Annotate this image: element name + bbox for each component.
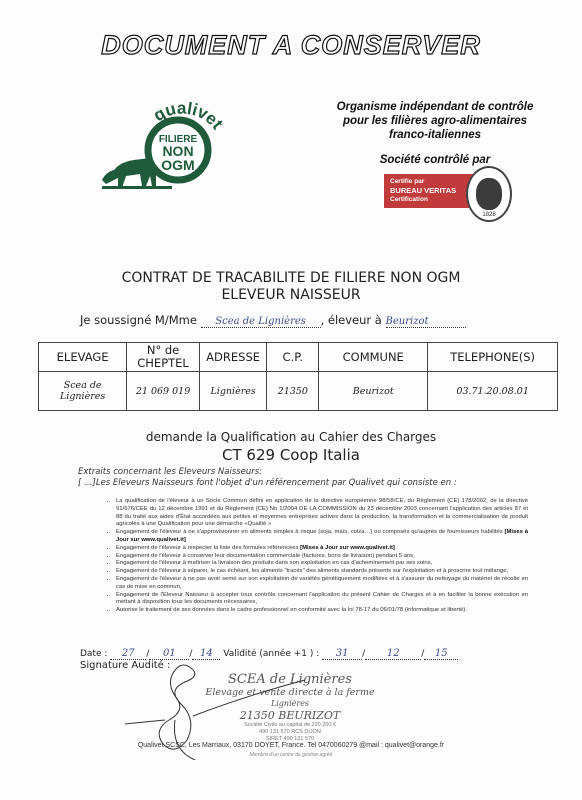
contract-title: CONTRAT DE TRACABILITE DE FILIERE NON OG… [0,270,582,286]
date-year-field[interactable]: 14 [192,648,220,660]
controle-label: Société contrôlé par [310,153,560,167]
cell-commune[interactable]: Beurizot [319,372,428,411]
bureau-veritas-seal-icon: 1828 [466,166,512,222]
table-header-row: ELEVAGE N° de CHEPTEL ADRESSE C.P. COMMU… [39,343,558,372]
validite-day-field[interactable]: 31 [322,648,362,660]
contract-subtitle: ELEVEUR NAISSEUR [0,287,582,303]
cell-elevage[interactable]: Scea de Lignières [39,372,127,411]
organisme-description: Organisme indépendant de contrôle pour l… [310,100,560,167]
cell-adresse[interactable]: Lignières [199,372,266,411]
date-day-field[interactable]: 27 [110,648,146,660]
soussigne-label: Je soussigné M/Mme [80,313,197,327]
col-cp: C.P. [267,343,319,372]
organisme-line3: franco-italiennes [310,128,560,142]
demande-line: demande la Qualification au Cahier des C… [0,430,582,444]
validite-month-field[interactable]: 12 [365,648,421,660]
cell-cheptel[interactable]: 21 069 019 [127,372,200,411]
organisme-line1: Organisme indépendant de contrôle [310,100,560,114]
cahier-charges-ref: CT 629 Coop Italia [0,446,582,464]
document-title: DOCUMENT A CONSERVER [0,30,582,61]
list-item: Engagement de l'éleveur à ne s'approvisi… [116,529,528,545]
col-commune: COMMUNE [319,343,428,372]
engagements-list: La qualification de l'éleveur à un Socle… [98,498,528,615]
footer-address: Qualivet SCSC, Les Marriaux, 03170 DOYET… [0,742,582,749]
date-label: Date : [80,649,107,659]
date-month-field[interactable]: 01 [149,648,189,660]
list-item: Autorise le traitement de ses données da… [116,607,528,615]
eleveur-label: , éleveur à [321,313,382,327]
extraits-line1: Extraits concernant les Eleveurs Naisseu… [78,467,457,478]
svg-text:OGM: OGM [161,157,194,173]
list-item: Engagement de l'éleveur à respecter la l… [116,545,528,553]
col-elevage: ELEVAGE [39,343,127,372]
validite-label: Validité (année +1 ) : [223,649,319,659]
list-item: La qualification de l'éleveur à un Socle… [116,498,528,529]
qualivet-logo: FILIERE NON OGM qualivet [100,100,230,200]
validite-year-field[interactable]: 15 [424,648,458,660]
cell-telephone[interactable]: 03.71.20.08.01 [428,372,558,411]
list-item: Engagement de l'Eleveur Naisseur à accep… [116,592,528,608]
extraits-line2: [ …]Les Eleveurs Naisseurs font l'objet … [78,478,457,489]
list-item: Engagement de l'éleveur à séparer, le ca… [116,568,528,576]
col-telephone: TELEPHONE(S) [428,343,558,372]
footer-member: Membre d'un centre de gestion agréé [0,752,582,758]
elevage-table: ELEVAGE N° de CHEPTEL ADRESSE C.P. COMMU… [38,342,558,411]
date-line: Date : 27/01/14 Validité (année +1 ) : 3… [80,648,458,660]
col-adresse: ADRESSE [199,343,266,372]
col-cheptel: N° de CHEPTEL [127,343,200,372]
list-item: Engagement de l'éleveur à ne pas avoir s… [116,576,528,592]
table-row: Scea de Lignières 21 069 019 Lignières 2… [39,372,558,411]
list-item: Engagement de l'éleveur à maîtriser la l… [116,560,528,568]
eleveur-field[interactable]: Beurizot [386,316,466,328]
soussigne-field[interactable]: Scea de Lignières [201,316,321,328]
seal-year: 1828 [468,212,510,218]
soussigne-line: Je soussigné M/Mme Scea de Lignières, él… [80,313,466,328]
list-item: Engagement de l'éleveur à conserver leur… [116,553,528,561]
bureau-veritas-logo: Certifie par BUREAU VERITAS Certificatio… [384,166,518,222]
extraits-intro: Extraits concernant les Eleveurs Naisseu… [78,467,457,489]
cow-icon: FILIERE NON OGM qualivet [100,100,230,200]
organisme-line2: pour les filières agro-alimentaires [310,114,560,128]
cell-cp[interactable]: 21350 [267,372,319,411]
